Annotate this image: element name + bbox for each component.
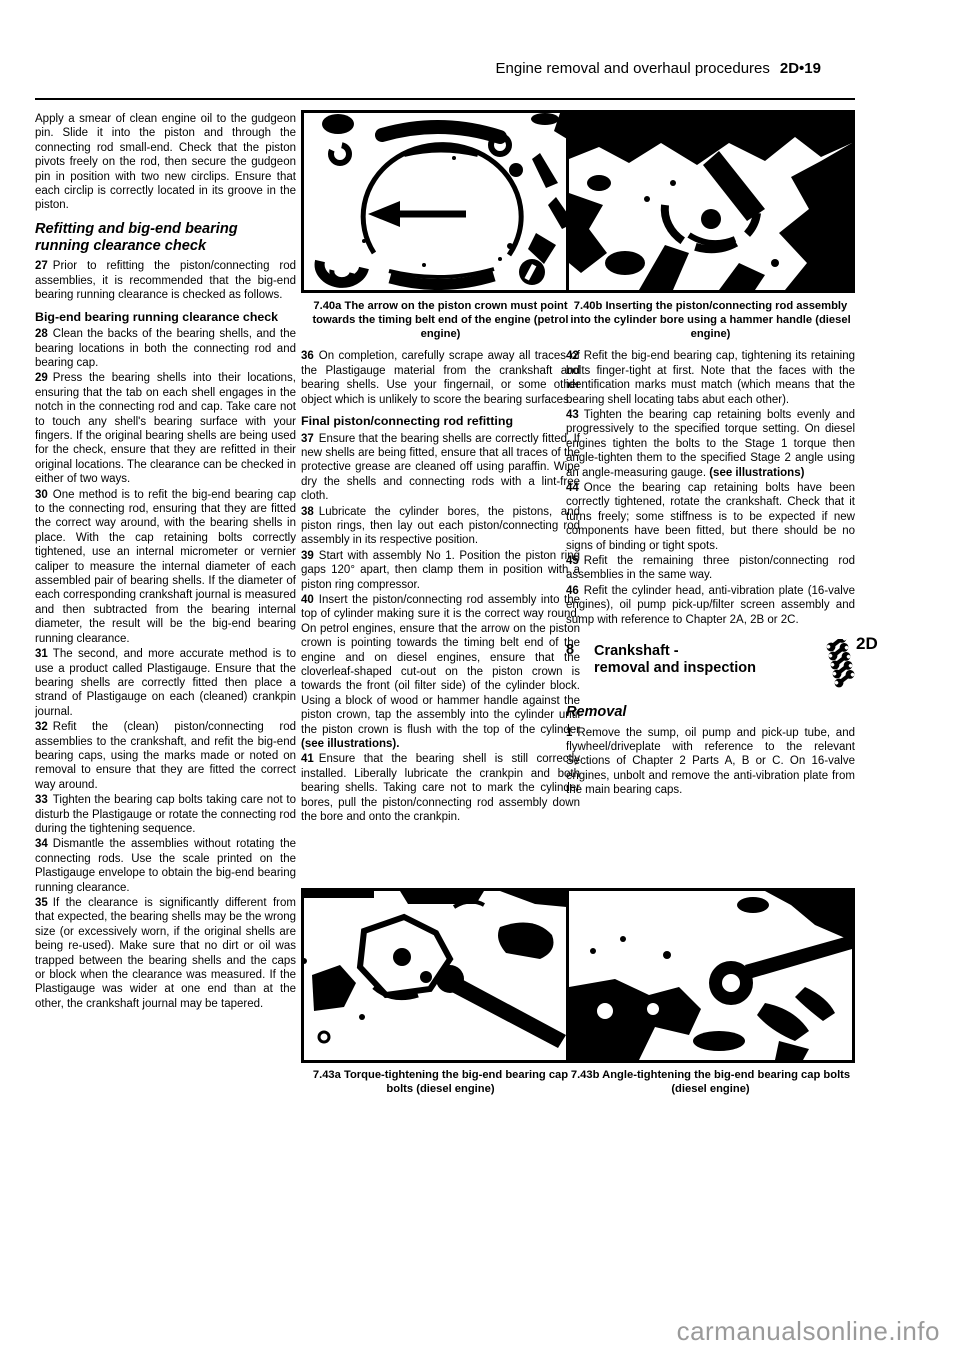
- paragraph-text: Clean the backs of the bearing shells, a…: [35, 328, 296, 369]
- figure-caption-7-43b: 7.43b Angle-tightening the big-end beari…: [566, 1069, 855, 1097]
- photo-7-43b: [566, 888, 855, 1063]
- paragraph: 38Lubricate the cylinder bores, the pist…: [301, 505, 580, 548]
- paragraph-number: 37: [301, 433, 314, 445]
- paragraph-number: 46: [566, 585, 579, 597]
- section-title-line1: Crankshaft -: [594, 643, 679, 659]
- paragraph-number: 41: [301, 753, 314, 765]
- paragraph-text: Dismantle the assemblies without rotatin…: [35, 838, 296, 893]
- paragraph-text: Lubricate the cylinder bores, the piston…: [301, 506, 580, 547]
- section-8-header: 8 Crankshaft - removal and inspection: [566, 643, 855, 693]
- figure-caption-7-40b: 7.40b Inserting the piston/connecting ro…: [566, 300, 855, 341]
- paragraph-text: Once the bearing cap retaining bolts hav…: [566, 482, 855, 552]
- paragraph-number: 29: [35, 372, 48, 384]
- section-title: Crankshaft - removal and inspection: [594, 643, 813, 677]
- page-header: Engine removal and overhaul procedures2D…: [35, 60, 821, 77]
- paragraph-text: Apply a smear of clean engine oil to the…: [35, 113, 296, 211]
- photo-7-40b: [566, 110, 855, 293]
- paragraph: 42Refit the big-end bearing cap, tighten…: [566, 349, 855, 407]
- paragraph: Apply a smear of clean engine oil to the…: [35, 112, 296, 213]
- paragraph-number: 34: [35, 838, 48, 850]
- subheading-removal: Removal: [566, 705, 855, 719]
- paragraph-text: Prior to refitting the piston/connecting…: [35, 260, 296, 301]
- paragraph: 30One method is to refit the big-end bea…: [35, 488, 296, 646]
- paragraph-text: The second, and more accurate method is …: [35, 648, 296, 718]
- paragraph-number: 39: [301, 550, 314, 562]
- paragraph-text: Remove the sump, oil pump and pick-up tu…: [566, 727, 855, 797]
- figure-7-43b: 7.43b Angle-tightening the big-end beari…: [566, 888, 855, 1105]
- paragraph: 46Refit the cylinder head, anti-vibratio…: [566, 584, 855, 627]
- paragraph: 31The second, and more accurate method i…: [35, 647, 296, 719]
- paragraph: 37Ensure that the bearing shells are cor…: [301, 432, 580, 504]
- paragraph-number: 1: [566, 727, 572, 739]
- paragraph: 39Start with assembly No 1. Position the…: [301, 549, 580, 592]
- torque-tightening-image: [304, 891, 577, 1060]
- subheading-final-refitting: Final piston/connecting rod refitting: [301, 414, 580, 429]
- paragraph-number: 43: [566, 409, 579, 421]
- paragraph-text: Refit the (clean) piston/connecting rod …: [35, 721, 296, 791]
- section-title-line2: removal and inspection: [594, 660, 756, 676]
- paragraph-text: Start with assembly No 1. Position the p…: [301, 550, 580, 591]
- column-middle: 7.40a The arrow on the piston crown must…: [301, 300, 580, 887]
- paragraph: 34Dismantle the assemblies without rotat…: [35, 837, 296, 895]
- paragraph: 27Prior to refitting the piston/connecti…: [35, 259, 296, 302]
- cross-reference: (see illustrations): [709, 467, 804, 479]
- paragraph-number: 40: [301, 594, 314, 606]
- paragraph: 1Remove the sump, oil pump and pick-up t…: [566, 726, 855, 798]
- paragraph-number: 31: [35, 648, 48, 660]
- photo-7-43a: [301, 888, 580, 1063]
- piston-insertion-image: [569, 113, 852, 290]
- piston-crown-arrow-image: [304, 113, 577, 290]
- figure-caption-7-40a: 7.40a The arrow on the piston crown must…: [301, 300, 580, 341]
- paragraph: 44Once the bearing cap retaining bolts h…: [566, 481, 855, 553]
- header-rule: [35, 98, 855, 100]
- figure-caption-7-43a: 7.43a Torque-tightening the big-end bear…: [301, 1069, 580, 1097]
- paragraph-number: 35: [35, 897, 48, 909]
- paragraph-text: Refit the cylinder head, anti-vibration …: [566, 585, 855, 626]
- paragraph-text: One method is to refit the big-end beari…: [35, 489, 296, 645]
- paragraph-number: 44: [566, 482, 579, 494]
- paragraph: 33Tighten the bearing cap bolts taking c…: [35, 793, 296, 836]
- paragraph: 32Refit the (clean) piston/connecting ro…: [35, 720, 296, 792]
- page-number: 2D•19: [780, 60, 821, 77]
- paragraph-text: Tighten the bearing cap bolts taking car…: [35, 794, 296, 835]
- paragraph-number: 45: [566, 555, 579, 567]
- paragraph: 29Press the bearing shells into their lo…: [35, 371, 296, 486]
- paragraph-number: 28: [35, 328, 48, 340]
- paragraph-text: If the clearance is significantly differ…: [35, 897, 296, 1010]
- subheading-big-end-clearance: Big-end bearing running clearance check: [35, 310, 296, 325]
- paragraph: 36On completion, carefully scrape away a…: [301, 349, 580, 407]
- wrench-difficulty-icon: [819, 639, 855, 693]
- paragraph-number: 27: [35, 260, 48, 272]
- paragraph: 40Insert the piston/connecting rod assem…: [301, 593, 580, 751]
- paragraph-number: 32: [35, 721, 48, 733]
- paragraph-text: Ensure that the bearing shell is still c…: [301, 753, 580, 823]
- figure-7-43a: 7.43a Torque-tightening the big-end bear…: [301, 888, 580, 1105]
- paragraph: 35If the clearance is significantly diff…: [35, 896, 296, 1011]
- photo-7-40a: [301, 110, 580, 293]
- paragraph: 41Ensure that the bearing shell is still…: [301, 752, 580, 824]
- paragraph-number: 36: [301, 350, 314, 362]
- column-right: 7.40b Inserting the piston/connecting ro…: [566, 300, 855, 887]
- paragraph-number: 33: [35, 794, 48, 806]
- paragraph-number: 30: [35, 489, 48, 501]
- column-left: Apply a smear of clean engine oil to the…: [35, 112, 296, 1112]
- paragraph-text: Insert the piston/connecting rod assembl…: [301, 594, 580, 736]
- paragraph: 45Refit the remaining three piston/conne…: [566, 554, 855, 583]
- paragraph: 43Tighten the bearing cap retaining bolt…: [566, 408, 855, 480]
- paragraph-text: On completion, carefully scrape away all…: [301, 350, 580, 405]
- paragraph-number: 38: [301, 506, 314, 518]
- cross-reference: (see illustrations).: [301, 738, 399, 750]
- header-title: Engine removal and overhaul procedures: [496, 60, 770, 77]
- chapter-tab-2d: 2D: [856, 634, 878, 654]
- paragraph-text: Ensure that the bearing shells are corre…: [301, 433, 580, 503]
- watermark: carmanualsonline.info: [677, 1316, 940, 1347]
- paragraph-text: Refit the remaining three piston/connect…: [566, 555, 855, 581]
- paragraph-number: 42: [566, 350, 579, 362]
- paragraph-text: Refit the big-end bearing cap, tightenin…: [566, 350, 855, 405]
- paragraph: 28Clean the backs of the bearing shells,…: [35, 327, 296, 370]
- section-heading-refitting: Refitting and big-end bearing running cl…: [35, 221, 296, 255]
- section-number: 8: [566, 643, 594, 657]
- angle-tightening-image: [569, 891, 852, 1060]
- paragraph-text: Press the bearing shells into their loca…: [35, 372, 296, 485]
